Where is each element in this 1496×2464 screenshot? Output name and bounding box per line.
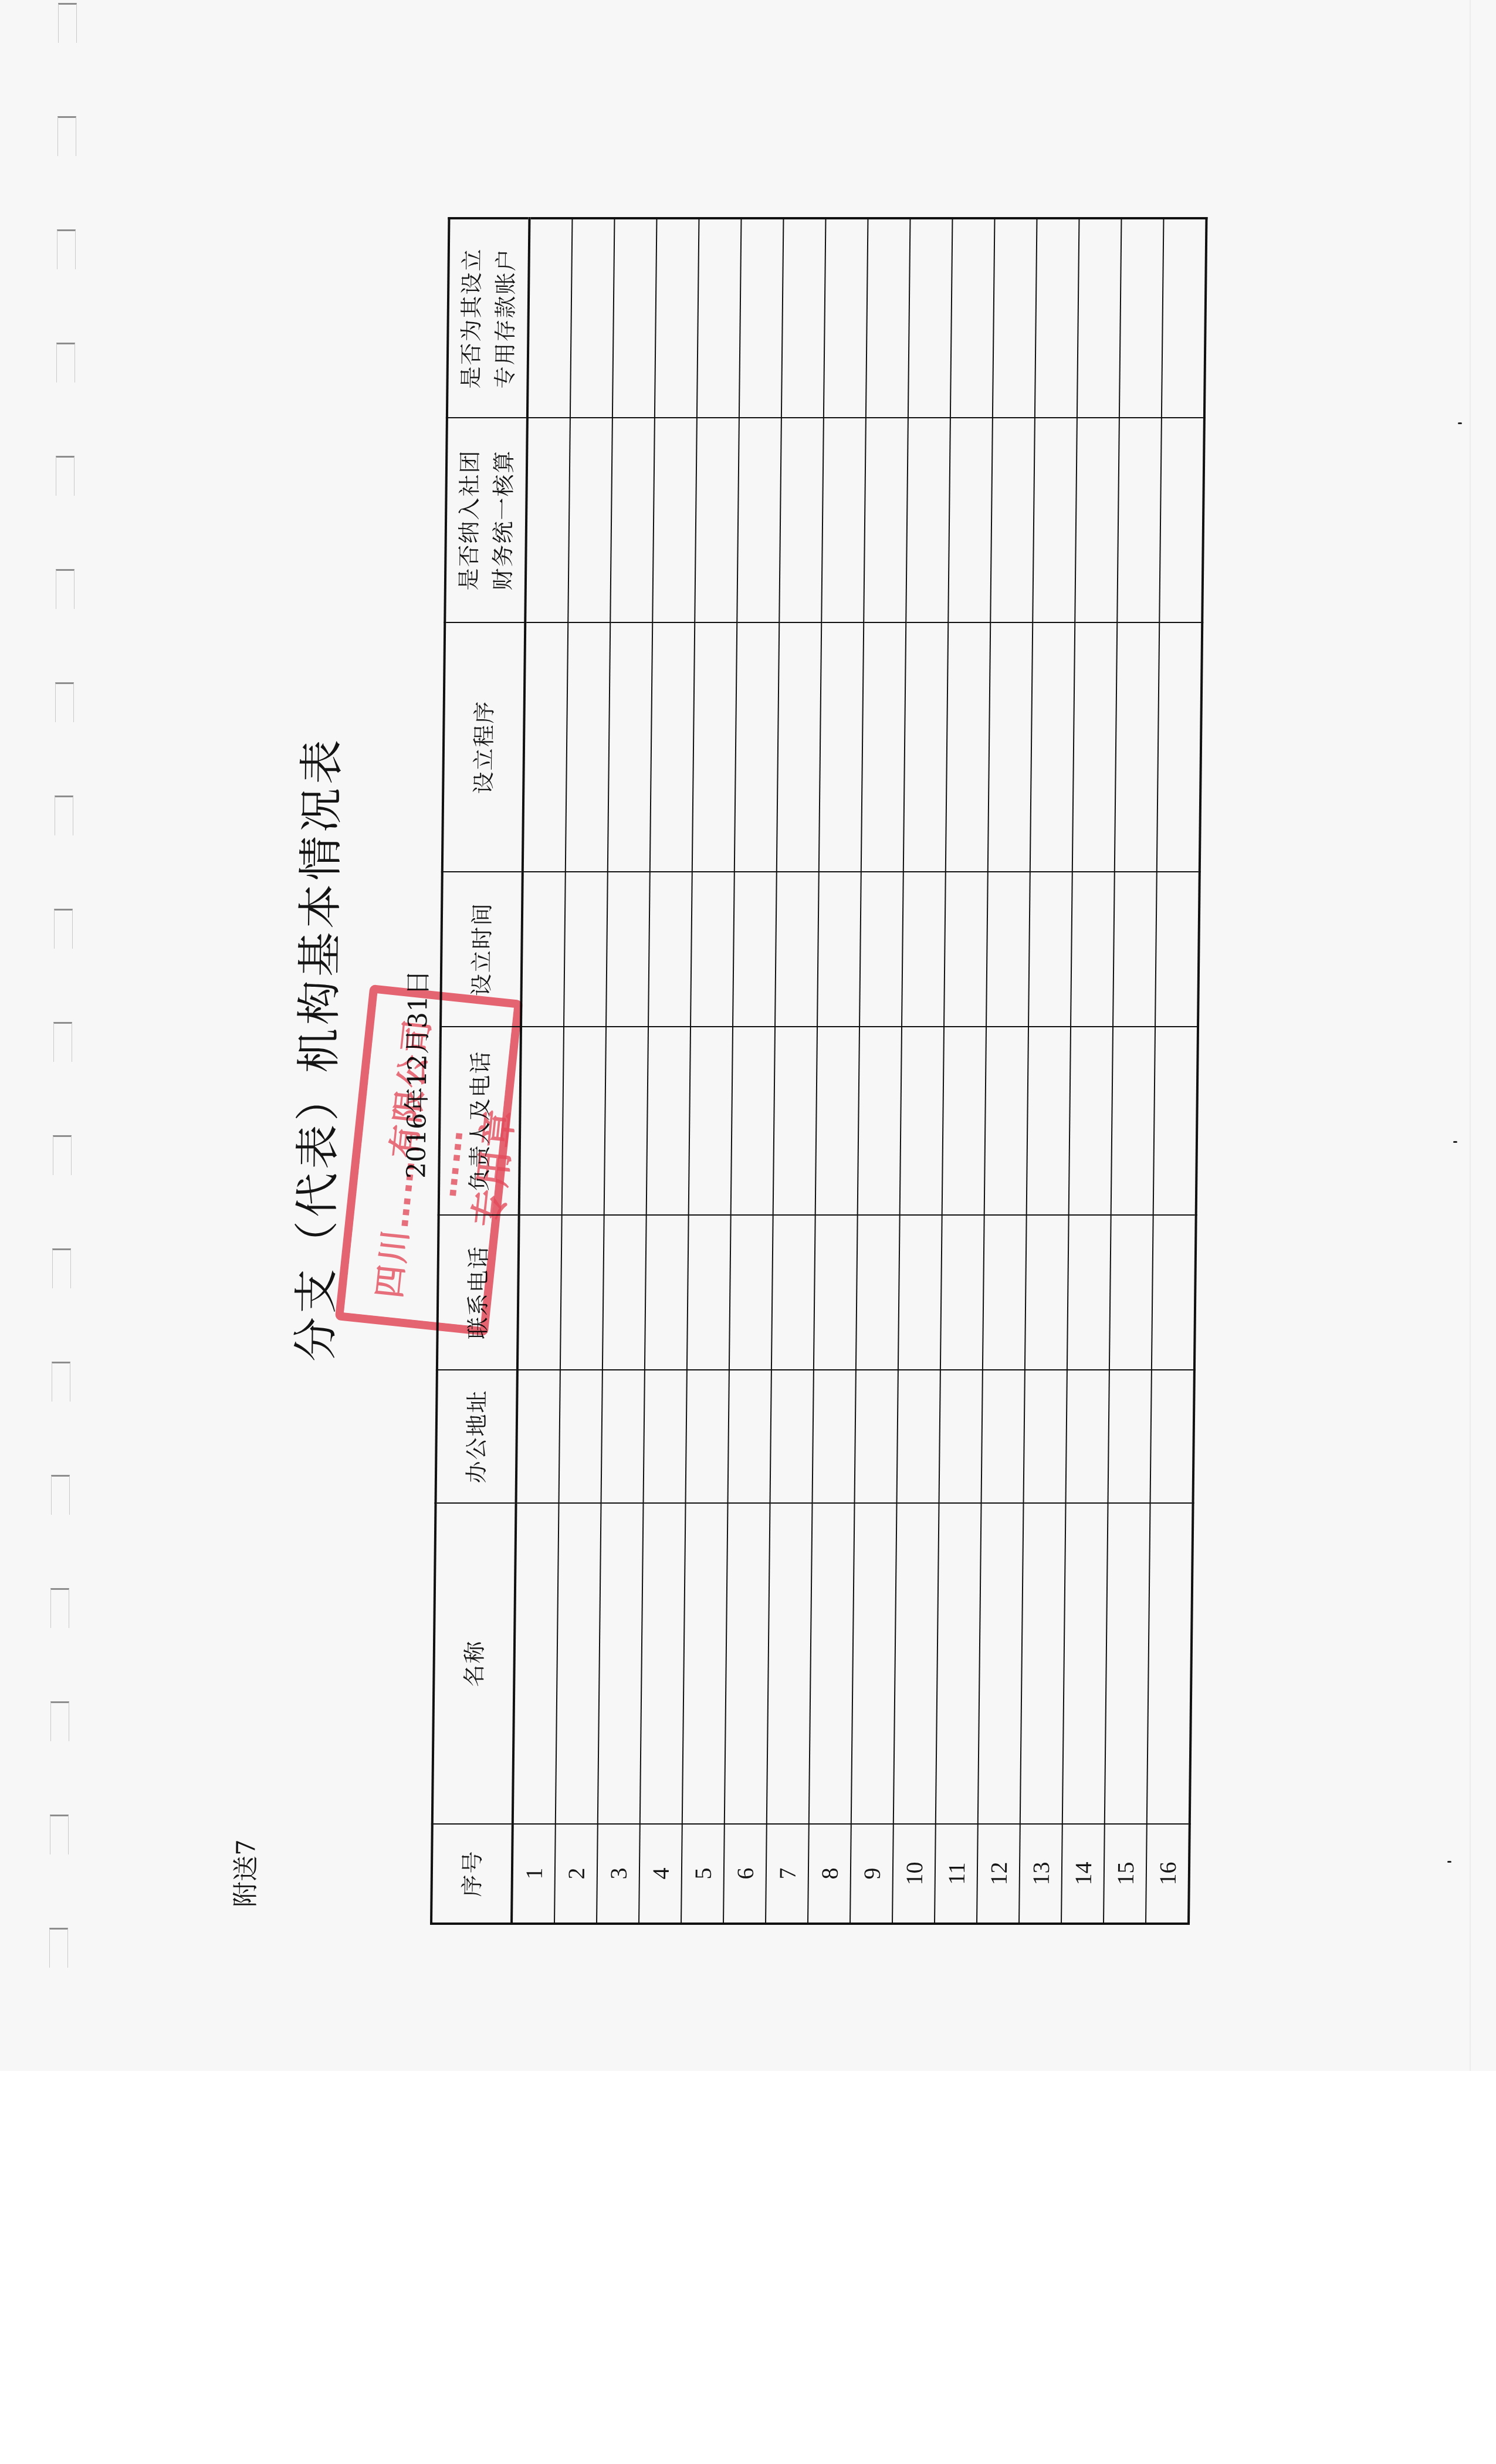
- cell-contact-phone[interactable]: [687, 1215, 731, 1370]
- cell-unified-accounting[interactable]: [864, 418, 908, 622]
- row-number-cell: 11: [935, 1824, 978, 1924]
- cell-contact-phone[interactable]: [603, 1215, 647, 1370]
- cell-unified-accounting[interactable]: [1117, 418, 1162, 622]
- cell-office-address[interactable]: [981, 1370, 1025, 1503]
- column-header-label: 序号: [455, 1825, 490, 1923]
- cell-unified-accounting[interactable]: [1159, 418, 1204, 622]
- cell-unified-accounting[interactable]: [906, 418, 950, 622]
- cell-dedicated-account[interactable]: [781, 218, 826, 418]
- cell-established-date[interactable]: [1113, 872, 1157, 1027]
- cell-office-address[interactable]: [728, 1370, 771, 1503]
- cell-leader-and-phone[interactable]: [900, 1027, 944, 1215]
- cell-established-date[interactable]: [859, 872, 903, 1027]
- cell-dedicated-account[interactable]: [866, 218, 911, 418]
- cell-leader-and-phone[interactable]: [858, 1027, 902, 1215]
- cell-unified-accounting[interactable]: [779, 418, 824, 622]
- cell-establishment-procedure[interactable]: [735, 622, 779, 872]
- row-number-cell: 16: [1146, 1824, 1190, 1924]
- cell-office-address[interactable]: [644, 1370, 687, 1503]
- cell-establishment-procedure[interactable]: [903, 622, 948, 872]
- binding-hole-mark: [56, 456, 75, 496]
- cell-leader-and-phone[interactable]: [689, 1027, 733, 1215]
- cell-name[interactable]: [893, 1503, 939, 1824]
- cell-established-date[interactable]: [775, 872, 819, 1027]
- cell-contact-phone[interactable]: [814, 1215, 858, 1370]
- cell-dedicated-account[interactable]: [655, 218, 699, 418]
- column-header-label: 财务统一核算: [485, 418, 522, 622]
- cell-office-address[interactable]: [1066, 1370, 1109, 1503]
- cell-office-address[interactable]: [1024, 1370, 1067, 1503]
- cell-dedicated-account[interactable]: [824, 218, 868, 418]
- row-number-cell: 15: [1104, 1824, 1147, 1924]
- cell-office-address[interactable]: [897, 1370, 940, 1503]
- binding-hole-mark: [57, 229, 76, 269]
- binding-hole-mark: [49, 1928, 68, 1968]
- cell-contact-phone[interactable]: [1152, 1215, 1196, 1370]
- column-header-label: 名称: [455, 1504, 493, 1823]
- cell-unified-accounting[interactable]: [990, 418, 1035, 622]
- column-header-index: 序号: [431, 1824, 513, 1924]
- cell-contact-phone[interactable]: [856, 1215, 900, 1370]
- cell-name[interactable]: [1020, 1503, 1066, 1824]
- table-body: 12345678910111213141516: [512, 218, 1206, 1924]
- cell-name[interactable]: [851, 1503, 897, 1824]
- cell-dedicated-account[interactable]: [697, 218, 742, 418]
- binding-hole-mark: [53, 1022, 72, 1062]
- cell-name[interactable]: [725, 1503, 770, 1824]
- row-number-cell: 2: [554, 1824, 598, 1924]
- binding-hole-mark: [55, 796, 73, 835]
- form-date: 2016年12月31日: [401, 945, 435, 1203]
- cell-leader-and-phone[interactable]: [1027, 1027, 1071, 1215]
- attachment-label: 附送7: [231, 1831, 262, 1907]
- cell-unified-accounting[interactable]: [525, 418, 570, 622]
- row-number-cell: 14: [1061, 1824, 1105, 1924]
- column-header-label: 是否为其设立: [453, 219, 489, 417]
- cell-office-address[interactable]: [813, 1370, 856, 1503]
- cell-established-date[interactable]: [817, 872, 861, 1027]
- binding-hole-mark: [50, 1701, 69, 1741]
- cell-dedicated-account[interactable]: [570, 218, 615, 418]
- cell-contact-phone[interactable]: [898, 1215, 942, 1370]
- binding-hole-mark: [52, 1362, 70, 1402]
- cell-establishment-procedure[interactable]: [861, 622, 906, 872]
- cell-leader-and-phone[interactable]: [773, 1027, 817, 1215]
- row-number-cell: 1: [512, 1824, 556, 1924]
- cell-dedicated-account[interactable]: [527, 218, 573, 418]
- cell-leader-and-phone[interactable]: [1111, 1027, 1155, 1215]
- scan-speck: [1458, 422, 1462, 424]
- row-number-cell: 4: [639, 1824, 682, 1924]
- cell-name[interactable]: [1062, 1503, 1108, 1824]
- binding-hole-mark: [57, 116, 76, 156]
- binding-hole-mark: [58, 3, 77, 43]
- column-header-label: 负责人及电话: [462, 1027, 497, 1214]
- column-header-label: 办公地址: [459, 1370, 494, 1502]
- cell-dedicated-account[interactable]: [739, 218, 784, 418]
- cell-name[interactable]: [640, 1503, 686, 1824]
- cell-established-date[interactable]: [1071, 872, 1115, 1027]
- cell-name[interactable]: [767, 1503, 813, 1824]
- binding-hole-mark: [54, 909, 73, 949]
- cell-establishment-procedure[interactable]: [523, 622, 568, 872]
- cell-leader-and-phone[interactable]: [647, 1027, 691, 1215]
- binding-hole-mark: [56, 569, 75, 609]
- cell-contact-phone[interactable]: [517, 1215, 562, 1370]
- cell-name[interactable]: [936, 1503, 981, 1824]
- cell-establishment-procedure[interactable]: [988, 622, 1033, 872]
- row-number-cell: 6: [723, 1824, 767, 1924]
- cell-establishment-procedure[interactable]: [692, 622, 737, 872]
- column-header-leader-and-phone: 负责人及电话: [439, 1027, 521, 1215]
- row-number-cell: 10: [892, 1824, 936, 1924]
- row-number-cell: 7: [766, 1824, 809, 1924]
- cell-office-address[interactable]: [855, 1370, 898, 1503]
- column-header-dedicated-account: 是否为其设立专用存款账户: [447, 218, 530, 418]
- cell-established-date[interactable]: [521, 872, 566, 1027]
- row-number-cell: 13: [1019, 1824, 1062, 1924]
- cell-office-address[interactable]: [1150, 1370, 1194, 1503]
- cell-establishment-procedure[interactable]: [777, 622, 821, 872]
- cell-name[interactable]: [598, 1503, 644, 1824]
- cell-office-address[interactable]: [770, 1370, 814, 1503]
- binding-hole-mark: [50, 1588, 69, 1628]
- column-header-establishment-procedure: 设立程序: [442, 622, 525, 872]
- cell-name[interactable]: [978, 1503, 1024, 1824]
- cell-name[interactable]: [1105, 1503, 1150, 1824]
- cell-dedicated-account[interactable]: [1077, 218, 1122, 418]
- cell-establishment-procedure[interactable]: [819, 622, 864, 872]
- cell-established-date[interactable]: [944, 872, 988, 1027]
- cell-established-date[interactable]: [1028, 872, 1072, 1027]
- cell-contact-phone[interactable]: [771, 1215, 815, 1370]
- cell-contact-phone[interactable]: [560, 1215, 604, 1370]
- cell-establishment-procedure[interactable]: [1157, 622, 1202, 872]
- row-number-cell: 3: [597, 1824, 640, 1924]
- binding-hole-mark: [55, 682, 74, 722]
- cell-unified-accounting[interactable]: [821, 418, 866, 622]
- binding-hole-mark: [50, 1815, 69, 1854]
- cell-establishment-procedure[interactable]: [608, 622, 652, 872]
- column-header-unified-accounting: 是否纳入社团财务统一核算: [445, 418, 527, 622]
- cell-name[interactable]: [809, 1503, 855, 1824]
- cell-office-address[interactable]: [939, 1370, 983, 1503]
- cell-establishment-procedure[interactable]: [946, 622, 990, 872]
- cell-name[interactable]: [682, 1503, 728, 1824]
- cell-contact-phone[interactable]: [1109, 1215, 1153, 1370]
- row-number-cell: 8: [808, 1824, 851, 1924]
- binding-hole-mark: [52, 1248, 71, 1288]
- cell-established-date[interactable]: [1155, 872, 1200, 1027]
- cell-leader-and-phone[interactable]: [1069, 1027, 1113, 1215]
- cell-leader-and-phone[interactable]: [519, 1027, 564, 1215]
- cell-established-date[interactable]: [691, 872, 735, 1027]
- row-number-cell: 5: [681, 1824, 725, 1924]
- column-header-label: 联系电话: [460, 1216, 496, 1369]
- cell-leader-and-phone[interactable]: [731, 1027, 775, 1215]
- binding-hole-mark: [53, 1135, 72, 1175]
- cell-leader-and-phone[interactable]: [562, 1027, 606, 1215]
- cell-name[interactable]: [1147, 1503, 1193, 1824]
- cell-unified-accounting[interactable]: [610, 418, 655, 622]
- cell-unified-accounting[interactable]: [695, 418, 739, 622]
- cell-established-date[interactable]: [902, 872, 946, 1027]
- cell-office-address[interactable]: [559, 1370, 603, 1503]
- cell-contact-phone[interactable]: [645, 1215, 689, 1370]
- cell-contact-phone[interactable]: [983, 1215, 1027, 1370]
- cell-unified-accounting[interactable]: [948, 418, 993, 622]
- cell-office-address[interactable]: [1108, 1370, 1152, 1503]
- cell-dedicated-account[interactable]: [908, 218, 953, 418]
- cell-contact-phone[interactable]: [1067, 1215, 1111, 1370]
- cell-unified-accounting[interactable]: [568, 418, 612, 622]
- column-header-office-address: 办公地址: [436, 1370, 517, 1503]
- cell-leader-and-phone[interactable]: [984, 1027, 1028, 1215]
- cell-unified-accounting[interactable]: [737, 418, 781, 622]
- cell-office-address[interactable]: [686, 1370, 729, 1503]
- cell-establishment-procedure[interactable]: [1030, 622, 1075, 872]
- cell-leader-and-phone[interactable]: [815, 1027, 859, 1215]
- cell-dedicated-account[interactable]: [950, 218, 995, 418]
- column-header-label: 是否纳入社团: [451, 418, 488, 622]
- cell-established-date[interactable]: [733, 872, 777, 1027]
- cell-leader-and-phone[interactable]: [604, 1027, 648, 1215]
- cell-office-address[interactable]: [601, 1370, 645, 1503]
- column-header-contact-phone: 联系电话: [437, 1215, 519, 1370]
- cell-contact-phone[interactable]: [940, 1215, 984, 1370]
- cell-dedicated-account[interactable]: [993, 218, 1037, 418]
- scan-speck: [1453, 1141, 1457, 1143]
- cell-leader-and-phone[interactable]: [1153, 1027, 1198, 1215]
- column-header-label: 设立程序: [465, 623, 502, 871]
- scan-speck: [1447, 1861, 1451, 1863]
- cell-office-address[interactable]: [516, 1370, 560, 1503]
- cell-unified-accounting[interactable]: [652, 418, 697, 622]
- cell-established-date[interactable]: [564, 872, 608, 1027]
- column-header-established-date: 设立时间: [441, 872, 523, 1027]
- cell-leader-and-phone[interactable]: [942, 1027, 986, 1215]
- cell-dedicated-account[interactable]: [612, 218, 657, 418]
- cell-establishment-procedure[interactable]: [650, 622, 695, 872]
- cell-establishment-procedure[interactable]: [1072, 622, 1117, 872]
- cell-contact-phone[interactable]: [1025, 1215, 1069, 1370]
- cell-established-date[interactable]: [606, 872, 650, 1027]
- row-number-cell: 12: [977, 1824, 1020, 1924]
- cell-dedicated-account[interactable]: [1162, 218, 1207, 418]
- binding-hole-mark: [51, 1475, 70, 1515]
- cell-establishment-procedure[interactable]: [1115, 622, 1159, 872]
- cell-established-date[interactable]: [648, 872, 692, 1027]
- cell-contact-phone[interactable]: [729, 1215, 773, 1370]
- cell-unified-accounting[interactable]: [1075, 418, 1119, 622]
- cell-established-date[interactable]: [986, 872, 1030, 1027]
- form-title: 分支（代表）机构基本情况表: [289, 763, 348, 1362]
- binding-hole-mark: [56, 343, 75, 383]
- rotated-landscape-form: 附送7 分支（代表）机构基本情况表 2016年12月31日 序号名称办公地址联系…: [430, 219, 1183, 1925]
- column-header-name: 名称: [432, 1503, 516, 1824]
- branch-info-table: 序号名称办公地址联系电话负责人及电话设立时间设立程序是否纳入社团财务统一核算是否…: [430, 217, 1207, 1925]
- cell-name[interactable]: [513, 1503, 559, 1824]
- cell-dedicated-account[interactable]: [1035, 218, 1079, 418]
- page-edge: [1470, 0, 1471, 2071]
- cell-unified-accounting[interactable]: [1033, 418, 1077, 622]
- cell-name[interactable]: [556, 1503, 601, 1824]
- cell-dedicated-account[interactable]: [1119, 218, 1164, 418]
- cell-establishment-procedure[interactable]: [566, 622, 610, 872]
- column-header-label: 设立时间: [464, 872, 500, 1026]
- column-header-label: 专用存款账户: [487, 219, 523, 417]
- row-number-cell: 9: [850, 1824, 893, 1924]
